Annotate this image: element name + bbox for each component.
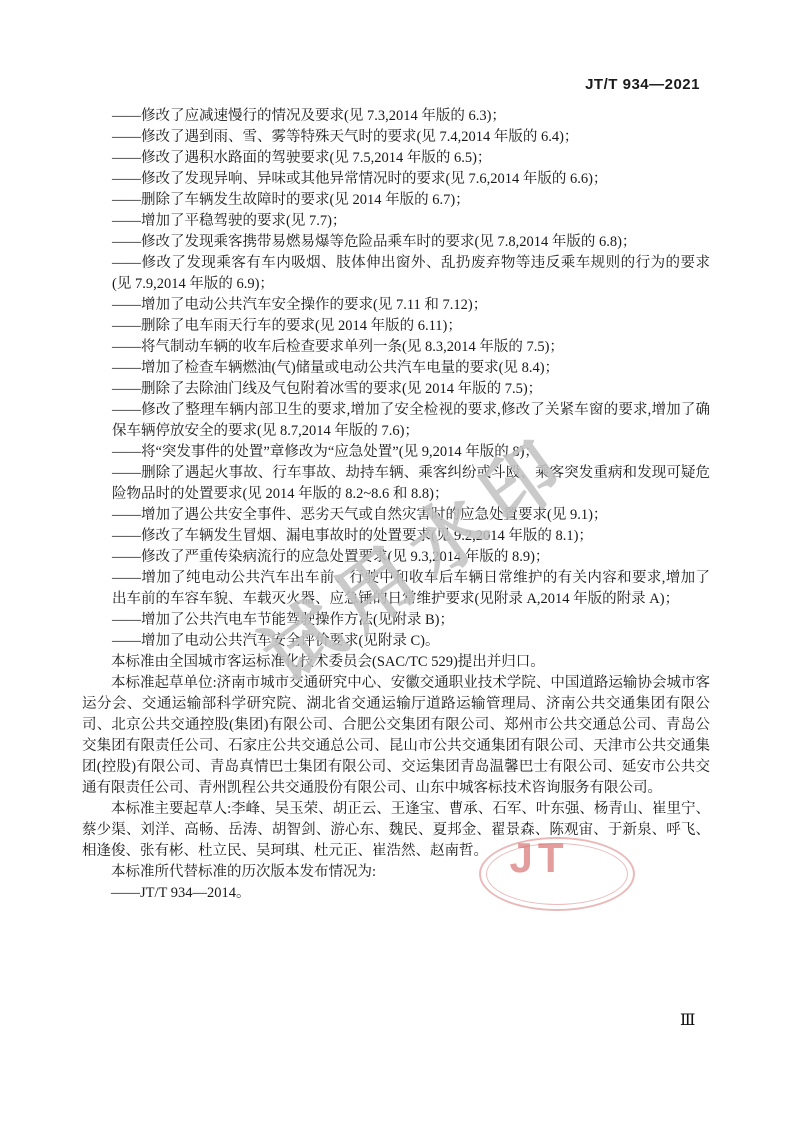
change-list-item: ——增加了纯电动公共汽车出车前、行驶中和收车后车辆日常维护的有关内容和要求,增加… [112,568,710,610]
change-list-item: ——修改了发现乘客有车内吸烟、肢体伸出窗外、乱扔废弃物等违反乘车规则的行为的要求… [112,253,710,295]
change-list-item: ——增加了平稳驾驶的要求(见 7.7)； [112,211,710,232]
content: ——修改了应减速慢行的情况及要求(见 7.3,2014 年版的 6.3)；——修… [82,106,710,904]
drafting-units-paragraph: 本标准起草单位:济南市城市交通研究中心、安徽交通职业技术学院、中国道路运输协会城… [82,673,710,799]
change-list-item: ——修改了遇积水路面的驾驶要求(见 7.5,2014 年版的 6.5)； [112,148,710,169]
change-list-item: ——将气制动车辆的收车后检查要求单列一条(见 8.3,2014 年版的 7.5)… [112,337,710,358]
change-list-item: ——删除了电车雨天行车的要求(见 2014 年版的 6.11)； [112,316,710,337]
change-list-item: ——删除了遇起火事故、行车事故、劫持车辆、乘客纠纷或斗殴、乘客突发重病和发现可疑… [112,463,710,505]
change-list-item: ——增加了电动公共汽车安全操作的要求(见 7.11 和 7.12)； [112,295,710,316]
drafters-paragraph: 本标准主要起草人:李峰、吴玉荣、胡正云、王逢宝、曹承、石军、叶东强、杨青山、崔里… [82,799,710,862]
change-list-item: ——增加了遇公共安全事件、恶劣天气或自然灾害时的应急处置要求(见 9.1)； [112,505,710,526]
history-intro: 本标准所代替标准的历次版本发布情况为: [82,862,710,883]
document-page: JT/T 934—2021 ——修改了应减速慢行的情况及要求(见 7.3,201… [0,0,794,1123]
change-list-item: ——修改了发现乘客携带易燃易爆等危险品乘车时的要求(见 7.8,2014 年版的… [112,232,710,253]
change-list-item: ——将“突发事件的处置”章修改为“应急处置”(见 9,2014 年版的 8)； [112,442,710,463]
change-list-item: ——修改了应减速慢行的情况及要求(见 7.3,2014 年版的 6.3)； [112,106,710,127]
page-number: Ⅲ [680,1010,695,1030]
change-list-item: ——修改了发现异响、异味或其他异常情况时的要求(见 7.6,2014 年版的 6… [112,169,710,190]
change-list-item: ——修改了整理车辆内部卫生的要求,增加了安全检视的要求,修改了关紧车窗的要求,增… [112,400,710,442]
change-list-item: ——修改了车辆发生冒烟、漏电事故时的处置要求(见 9.2,2014 年版的 8.… [112,526,710,547]
committee-paragraph: 本标准由全国城市客运标准化技术委员会(SAC/TC 529)提出并归口。 [82,652,710,673]
change-list-item: ——修改了严重传染病流行的应急处置要求(见 9.3,2014 年版的 8.9)； [112,547,710,568]
change-list-item: ——删除了去除油门线及气包附着冰雪的要求(见 2014 年版的 7.5)； [112,379,710,400]
change-list-item: ——修改了遇到雨、雪、雾等特殊天气时的要求(见 7.4,2014 年版的 6.4… [112,127,710,148]
change-list-item: ——增加了检查车辆燃油(气)储量或电动公共汽车电量的要求(见 8.4)； [112,358,710,379]
change-list: ——修改了应减速慢行的情况及要求(见 7.3,2014 年版的 6.3)；——修… [82,106,710,652]
change-list-item: ——增加了公共汽电车节能驾驶操作方法(见附录 B)； [112,610,710,631]
doc-number: JT/T 934—2021 [585,76,700,93]
change-list-item: ——删除了车辆发生故障时的要求(见 2014 年版的 6.7)； [112,190,710,211]
history-item: ——JT/T 934—2014。 [82,883,710,904]
change-list-item: ——增加了电动公共汽车安全评价要求(见附录 C)。 [112,631,710,652]
